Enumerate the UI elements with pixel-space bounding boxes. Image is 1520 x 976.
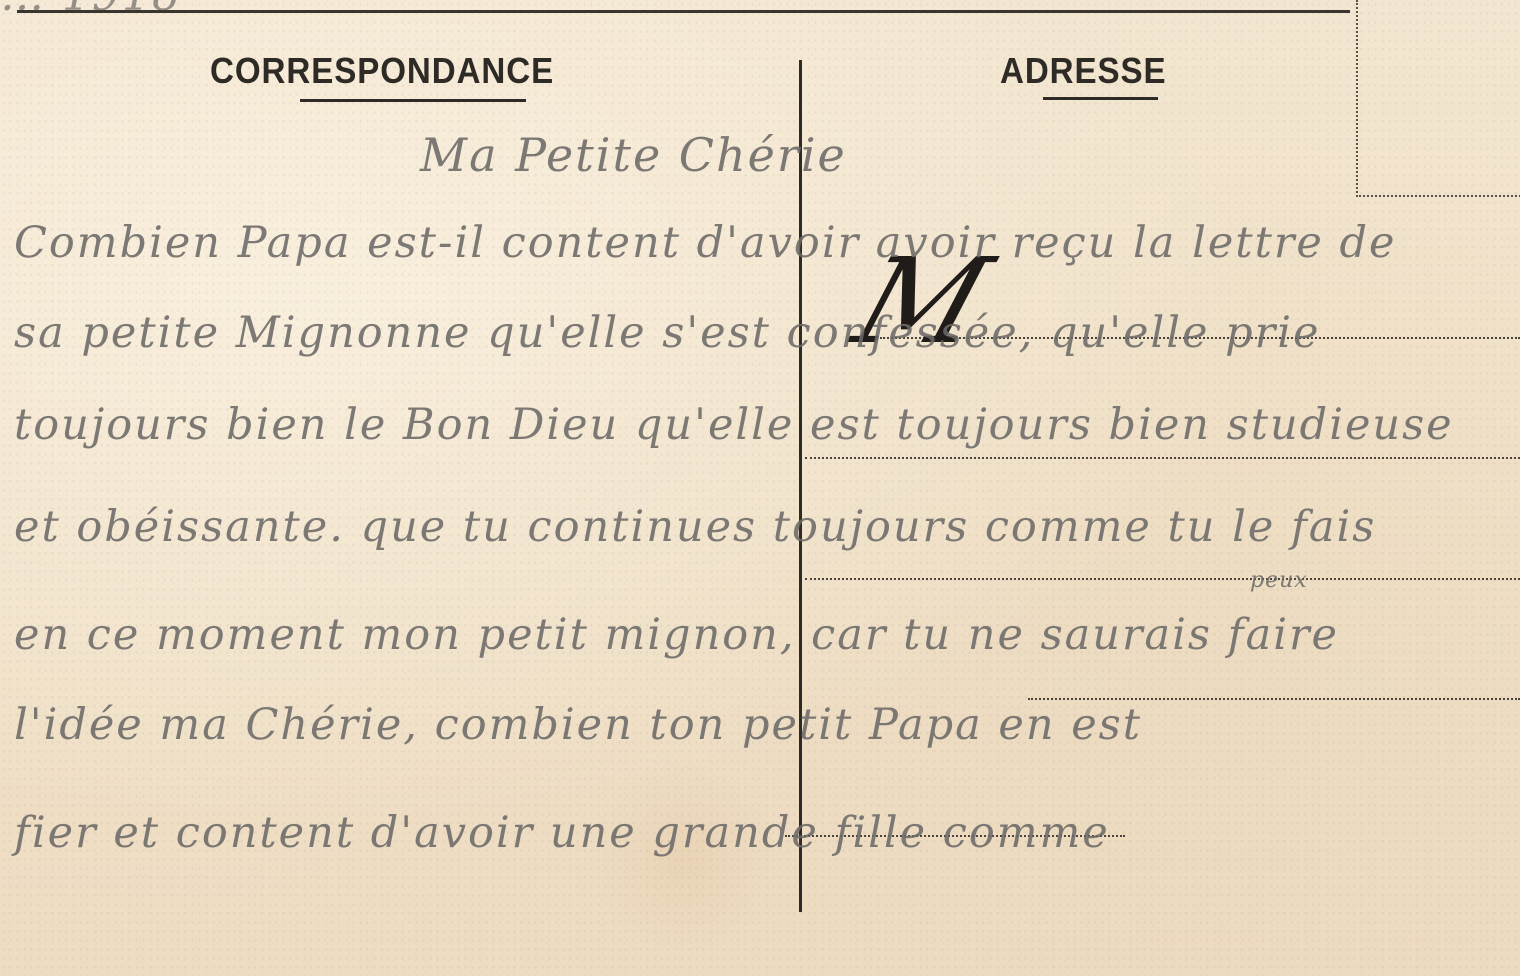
handwritten-line-1: Combien Papa est-il content d'avoir avoi… xyxy=(14,218,1397,268)
address-line-2 xyxy=(805,457,1520,459)
stamp-box xyxy=(1356,0,1520,197)
correspondance-underline xyxy=(300,99,526,102)
handwritten-line-7: fier et content d'avoir une grande fille… xyxy=(14,808,1110,858)
adresse-underline xyxy=(1043,97,1158,100)
adresse-heading: ADRESSE xyxy=(1000,50,1167,92)
handwritten-line-2: sa petite Mignonne qu'elle s'est confess… xyxy=(14,308,1320,358)
handwritten-line-4: et obéissante. que tu continues toujours… xyxy=(14,502,1376,552)
handwritten-line-5: en ce moment mon petit mignon, car tu ne… xyxy=(14,610,1339,660)
handwritten-line-6: l'idée ma Chérie, combien ton petit Papa… xyxy=(14,700,1142,750)
top-rule xyxy=(17,10,1350,13)
center-divider xyxy=(799,60,802,912)
address-line-3 xyxy=(805,578,1520,580)
handwritten-insertion: peux xyxy=(1250,568,1308,593)
handwritten-line-3: toujours bien le Bon Dieu qu'elle est to… xyxy=(14,400,1454,450)
salutation: Ma Petite Chérie xyxy=(420,128,847,182)
correspondance-heading: CORRESPONDANCE xyxy=(210,50,554,92)
